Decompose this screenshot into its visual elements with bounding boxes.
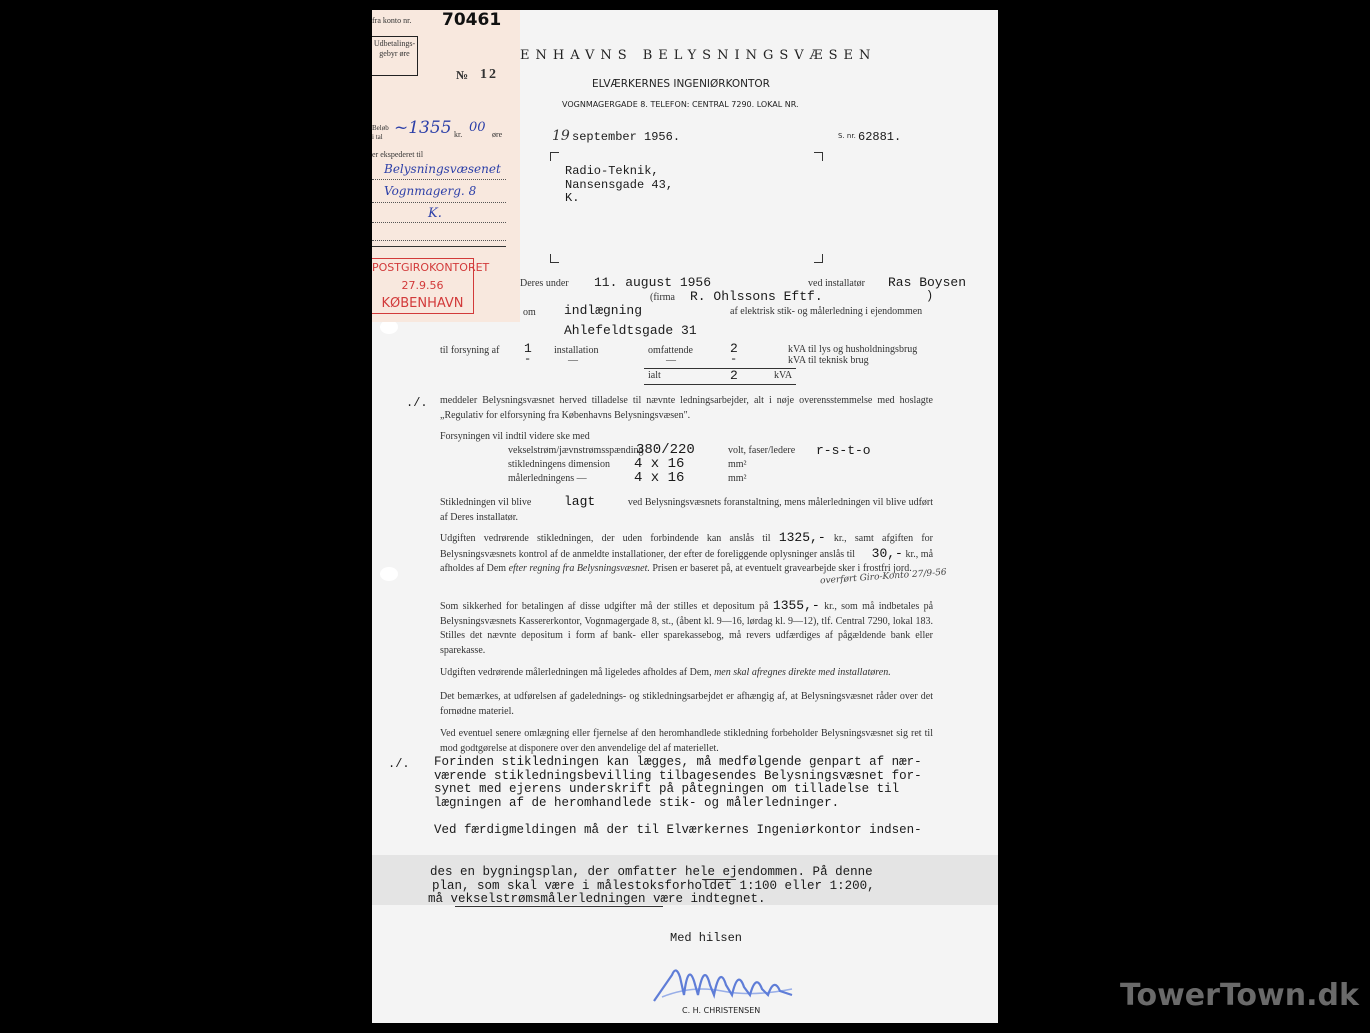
watermark: TowerTown.dk xyxy=(1120,978,1359,1013)
deposit-text-1: Som sikkerhed for betalingen af disse ud… xyxy=(440,601,769,612)
signatory-name: C. H. CHRISTENSEN xyxy=(682,1006,760,1015)
typed-paragraph-3: des en bygningsplan, der omfatter hele e… xyxy=(430,866,875,907)
typed-line: lægningen af de heromhandlede stik- og m… xyxy=(434,797,922,811)
spec-maaler-label: målerledningens — xyxy=(508,473,587,484)
address-line: VOGNMAGERGADE 8. TELEFON: CENTRAL 7290. … xyxy=(562,100,799,109)
spec-voltage-label: vekselstrøm/jævnstrømsspænding xyxy=(508,445,644,456)
handwritten-recipient-3: K. xyxy=(428,206,442,221)
deposit-value: 1355,- xyxy=(773,598,820,613)
amount-ore-handwritten: 00 xyxy=(469,120,486,135)
dotted-line xyxy=(372,240,506,241)
typed-line: plan, som skal være i målestoksforholdet… xyxy=(430,880,875,894)
dotted-line xyxy=(372,179,506,180)
underline-vekselstrom xyxy=(455,906,663,907)
typed-paragraph-2: Ved færdigmeldingen må der til Elværkern… xyxy=(434,823,922,837)
typed-line: må vekselstrømsmålerledningen være indte… xyxy=(428,893,875,907)
deres-under-value: 11. august 1956 xyxy=(594,275,711,290)
total-rule-top xyxy=(644,368,796,369)
spec-stik-unit: mm² xyxy=(728,459,747,470)
stamp-date: 27.9.56 xyxy=(372,277,473,295)
underline-hele xyxy=(702,879,736,880)
recipient-line: Nansensgade 43, xyxy=(565,179,673,193)
om-label: , om xyxy=(518,307,536,318)
supply-unit-2: — xyxy=(568,355,578,366)
department-name: ELVÆRKERNES INGENIØRKONTOR xyxy=(592,78,770,90)
postgiro-receipt-slip: fra konto nr. 70461 Udbetalings-gebyr ør… xyxy=(372,10,520,322)
deposit-paragraph: Som sikkerhed for betalingen af disse ud… xyxy=(440,599,933,658)
amount-label-2: i tal xyxy=(372,133,383,141)
ref-number: 62881. xyxy=(858,130,901,144)
spec-voltage-unit: volt, faser/ledere xyxy=(728,445,795,456)
spec-phases: r-s-t-o xyxy=(816,443,871,458)
handwritten-recipient-2: Vognmagerg. 8 xyxy=(384,184,476,198)
cost-italic: efter regning fra Belysningsvæsnet. xyxy=(509,563,650,574)
window-corner-tl xyxy=(550,152,559,161)
total-label: ialt xyxy=(648,370,661,381)
supply-desc: kVA til lys og husholdningsbrug xyxy=(788,344,917,355)
om-value: indlægning xyxy=(564,303,642,318)
firm-value: R. Ohlssons Eftf. xyxy=(690,289,823,304)
signature-icon xyxy=(652,955,802,1005)
recipient-address: Radio-Teknik, Nansensgade 43, K. xyxy=(565,165,673,206)
dotted-line xyxy=(372,222,506,223)
stamp-city: KØBENHAVN xyxy=(372,295,473,313)
konto-label: fra konto nr. xyxy=(372,16,411,25)
recipient-line: Radio-Teknik, xyxy=(565,165,673,179)
window-corner-br xyxy=(814,254,823,263)
fee-box: Udbetalings-gebyr øre xyxy=(372,36,418,76)
stik-value: lagt xyxy=(564,494,595,509)
punch-hole xyxy=(380,567,398,581)
om-suffix: af elektrisk stik- og målerledning i eje… xyxy=(730,306,922,317)
closing-greeting: Med hilsen xyxy=(670,931,742,945)
cost-paragraph: Udgiften vedrørende stikledningen, der u… xyxy=(440,531,933,577)
meter-italic: men skal afregnes direkte med installatø… xyxy=(714,667,891,678)
dotted-line xyxy=(372,202,506,203)
deres-under-label: Deres under xyxy=(520,278,569,289)
org-name: ENHAVNS BELYSNINGSVÆSEN xyxy=(520,48,876,63)
meter-text: Udgiften vedrørende målerledningen må li… xyxy=(440,667,712,678)
postgiro-stamp: POSTGIROKONTORET 27.9.56 KØBENHAVN xyxy=(372,258,474,314)
ref-label: S. nr. xyxy=(838,132,856,140)
typed-line: Forinden stikledningen kan lægges, må me… xyxy=(434,756,922,770)
firm-label: (firma xyxy=(650,292,675,303)
firm-close: ) xyxy=(926,289,933,303)
cost-text-1: Udgiften vedrørende stikledningen, der u… xyxy=(440,533,771,544)
date-day-handwritten: 19 xyxy=(552,128,570,144)
typed-line: værende stikledningsbevilling tilbagesen… xyxy=(434,770,922,784)
meter-paragraph: Udgiften vedrørende målerledningen må li… xyxy=(440,666,933,681)
stik-pre: Stikledningen vil blive xyxy=(440,497,531,508)
typed-paragraph-1: Forinden stikledningen kan lægges, må me… xyxy=(434,756,922,810)
total-value: 2 xyxy=(730,368,738,383)
recipient-line: K. xyxy=(565,192,673,206)
supply-intro: Forsyningen vil indtil videre ske med xyxy=(440,431,590,442)
ore-label: øre xyxy=(492,130,502,139)
konto-number: 70461 xyxy=(442,10,501,30)
supply-mid-2: — xyxy=(666,355,676,366)
amount-label-1: Beløb xyxy=(372,124,389,132)
cost-value-stik: 1325,- xyxy=(779,530,826,545)
window-corner-bl xyxy=(550,254,559,263)
number-label: № xyxy=(456,68,468,83)
reference-mark-2: ./. xyxy=(388,757,410,771)
supply-desc-2: kVA til teknisk brug xyxy=(788,355,869,366)
total-unit: kVA xyxy=(774,370,792,381)
permission-paragraph: meddeler Belysningsvæsnet herved tillade… xyxy=(440,394,933,423)
installer-value: Ras Boysen xyxy=(888,275,966,290)
total-rule-bottom xyxy=(644,384,796,385)
stikledning-paragraph: Stikledningen vil blive lagt ved Belysni… xyxy=(440,495,933,525)
slip-number: 12 xyxy=(480,67,498,83)
reference-mark-1: ./. xyxy=(406,396,428,410)
kr-label: kr. xyxy=(454,130,462,139)
stamp-office: POSTGIROKONTORET xyxy=(372,259,473,277)
typed-line: synet med ejerens underskrift på påtegni… xyxy=(434,783,922,797)
property-address: Ahlefeldtsgade 31 xyxy=(564,323,697,338)
installer-label: ved installatør xyxy=(808,278,865,289)
spec-maaler-unit: mm² xyxy=(728,473,747,484)
window-corner-tr xyxy=(814,152,823,161)
material-paragraph: Det bemærkes, at udførelsen af gadeledni… xyxy=(440,690,933,719)
punch-hole xyxy=(380,320,398,334)
slip-rule xyxy=(372,246,506,247)
handwritten-recipient-1: Belysningsvæsenet xyxy=(384,162,501,176)
supply-kva-2: - xyxy=(730,352,737,366)
removal-paragraph: Ved eventuel senere omlægning eller fjer… xyxy=(440,727,933,756)
supply-label: til forsyning af xyxy=(440,345,499,356)
dispatched-label: er ekspederet til xyxy=(372,150,423,159)
typed-line: des en bygningsplan, der omfatter hele e… xyxy=(430,866,875,880)
spec-maaler-value: 4 x 16 xyxy=(634,470,684,486)
supply-count-2: - xyxy=(524,352,531,366)
letter-date: september 1956. xyxy=(572,130,680,144)
amount-kr-handwritten: ~1355 xyxy=(394,118,452,138)
cost-value-kontrol: 30,- xyxy=(872,546,903,561)
spec-stik-label: stikledningens dimension xyxy=(508,459,610,470)
